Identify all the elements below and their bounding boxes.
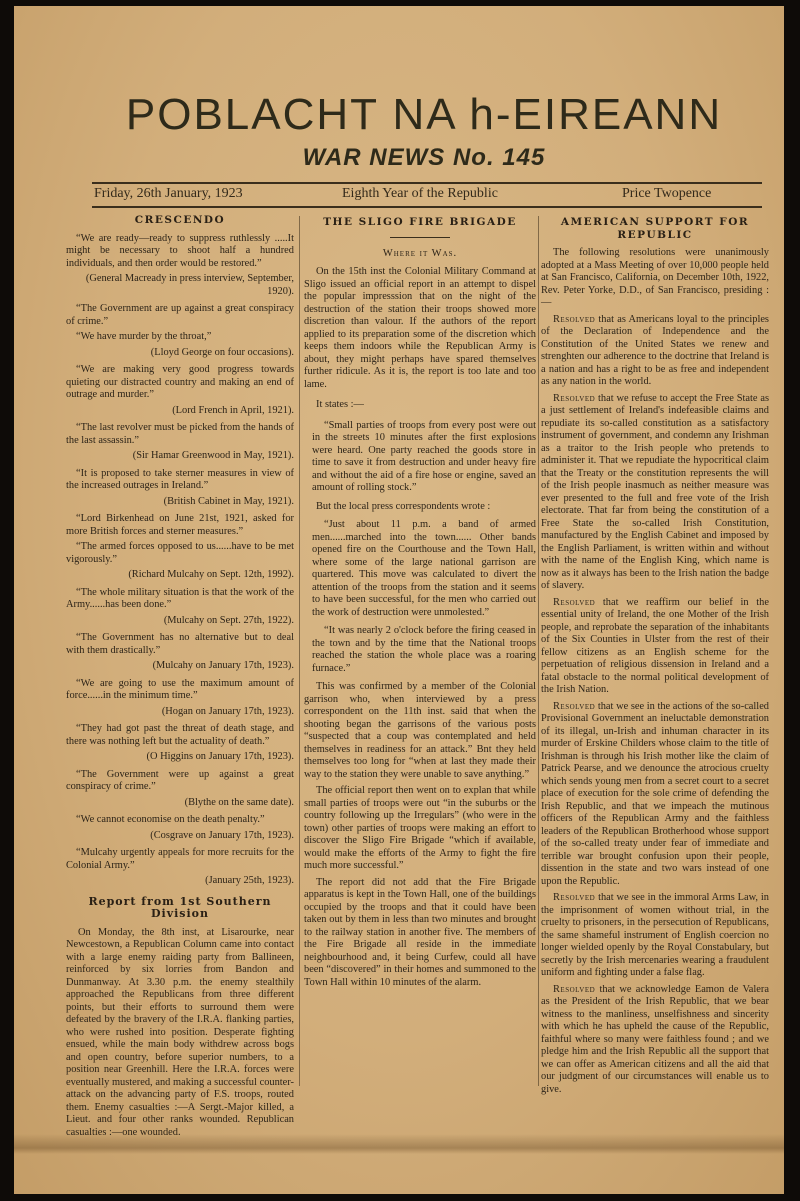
resolved-word: Resolved (553, 892, 595, 903)
attribution: (Sir Hamar Greenwood in May, 1921). (66, 450, 294, 463)
resolution-text: that we refuse to accept the Free State … (541, 393, 769, 592)
republic-year: Eighth Year of the Republic (342, 186, 498, 202)
resolved-word: Resolved (553, 701, 595, 712)
resolution: Resolved that we reaffirm our belief in … (541, 597, 769, 697)
quote: “We have murder by the throat,” (66, 331, 294, 344)
attribution: (Cosgrave on January 17th, 1923). (66, 830, 294, 843)
attribution: (O Higgins on January 17th, 1923). (66, 751, 294, 764)
masthead-subtitle: WAR NEWS No. 145 (214, 144, 634, 172)
resolution: Resolved that we acknowledge Eamon de Va… (541, 984, 769, 1097)
quoted-press: “Just about 11 p.m. a band of armed men.… (312, 519, 536, 619)
quote: “The Government are up against a great c… (66, 303, 294, 328)
resolution: Resolved that we see in the actions of t… (541, 701, 769, 889)
attribution: (Blythe on the same date). (66, 797, 294, 810)
resolution-text: that we see in the actions of the so-cal… (541, 701, 769, 887)
attribution: (Mulcahy on January 17th, 1923). (66, 660, 294, 673)
column-divider (538, 216, 539, 1086)
quoted-report: “Small parties of troops from every post… (312, 420, 536, 495)
southern-division-headline: Report from 1st Southern Division (66, 896, 294, 921)
paragraph: It states :— (304, 399, 536, 412)
attribution: (January 25th, 1923). (66, 875, 294, 888)
quote: “The whole military situation is that th… (66, 587, 294, 612)
quote: “We cannot economise on the death penalt… (66, 814, 294, 827)
column-divider (299, 216, 300, 1086)
resolved-word: Resolved (553, 984, 595, 995)
paragraph: This was confirmed by a member of the Co… (304, 681, 536, 781)
sligo-headline: THE SLIGO FIRE BRIGADE (304, 216, 536, 229)
resolution-text: that we acknowledge Eamon de Valera as t… (541, 984, 769, 1095)
quote: “We are making very good progress toward… (66, 364, 294, 402)
resolution: Resolved that we see in the immoral Arms… (541, 892, 769, 980)
quote: “Lord Birkenhead on June 21st, 1921, ask… (66, 513, 294, 538)
paragraph: The report did not add that the Fire Bri… (304, 877, 536, 990)
dateline: Friday, 26th January, 1923 Eighth Year o… (92, 184, 762, 206)
attribution: (General Macready in press interview, Se… (66, 273, 294, 298)
column-left: CRESCENDO “We are ready—ready to suppres… (66, 214, 294, 1143)
masthead-title: POBLACHT NA h-EIREANN (124, 90, 724, 140)
attribution: (Mulcahy on Sept. 27th, 1922). (66, 615, 294, 628)
quoted-press: “It was nearly 2 o'clock before the firi… (312, 625, 536, 675)
headline-rule (390, 237, 450, 238)
quote: “The Government were up against a great … (66, 769, 294, 794)
quote: “We are ready—ready to suppress ruthless… (66, 233, 294, 271)
attribution: (Lloyd George on four occasions). (66, 347, 294, 360)
attribution: (British Cabinet in May, 1921). (66, 496, 294, 509)
resolved-word: Resolved (553, 314, 595, 325)
resolution: Resolved that we refuse to accept the Fr… (541, 393, 769, 593)
column-middle: THE SLIGO FIRE BRIGADE Where it Was. On … (304, 214, 536, 993)
attribution: (Hogan on January 17th, 1923). (66, 706, 294, 719)
newspaper-page: POBLACHT NA h-EIREANN WAR NEWS No. 145 F… (14, 6, 784, 1194)
attribution: (Richard Mulcahy on Sept. 12th, 1992). (66, 569, 294, 582)
quote: “They had got past the threat of death s… (66, 723, 294, 748)
resolution-text: that we see in the immoral Arms Law, in … (541, 892, 769, 978)
quote: “The last revolver must be picked from t… (66, 422, 294, 447)
column-right: AMERICAN SUPPORT FOR REPUBLIC The follow… (541, 214, 769, 1100)
dateline-bottom-rule (92, 206, 762, 208)
intro-paragraph: The following resolutions were unanimous… (541, 247, 769, 310)
sligo-subhead: Where it Was. (304, 248, 536, 261)
resolution-text: that we reaffirm our belief in the essen… (541, 597, 769, 696)
paragraph: But the local press correspondents wrote… (304, 501, 536, 514)
issue-date: Friday, 26th January, 1923 (94, 186, 243, 202)
attribution: (Lord French in April, 1921). (66, 405, 294, 418)
resolution: Resolved that as Americans loyal to the … (541, 314, 769, 389)
crescendo-headline: CRESCENDO (66, 214, 294, 227)
southern-division-body: On Monday, the 8th inst, at Lisarourke, … (66, 927, 294, 1140)
resolved-word: Resolved (553, 597, 595, 608)
american-support-headline: AMERICAN SUPPORT FOR REPUBLIC (541, 216, 769, 241)
paragraph: On the 15th inst the Colonial Military C… (304, 266, 536, 391)
quote: “The armed forces opposed to us......hav… (66, 541, 294, 566)
quote: “It is proposed to take sterner measures… (66, 468, 294, 493)
resolved-word: Resolved (553, 393, 595, 404)
paragraph: The official report then went on to expl… (304, 785, 536, 873)
quote: “The Government has no alternative but t… (66, 632, 294, 657)
quote: “We are going to use the maximum amount … (66, 678, 294, 703)
quote: “Mulcahy urgently appeals for more recru… (66, 847, 294, 872)
price: Price Twopence (622, 186, 711, 202)
